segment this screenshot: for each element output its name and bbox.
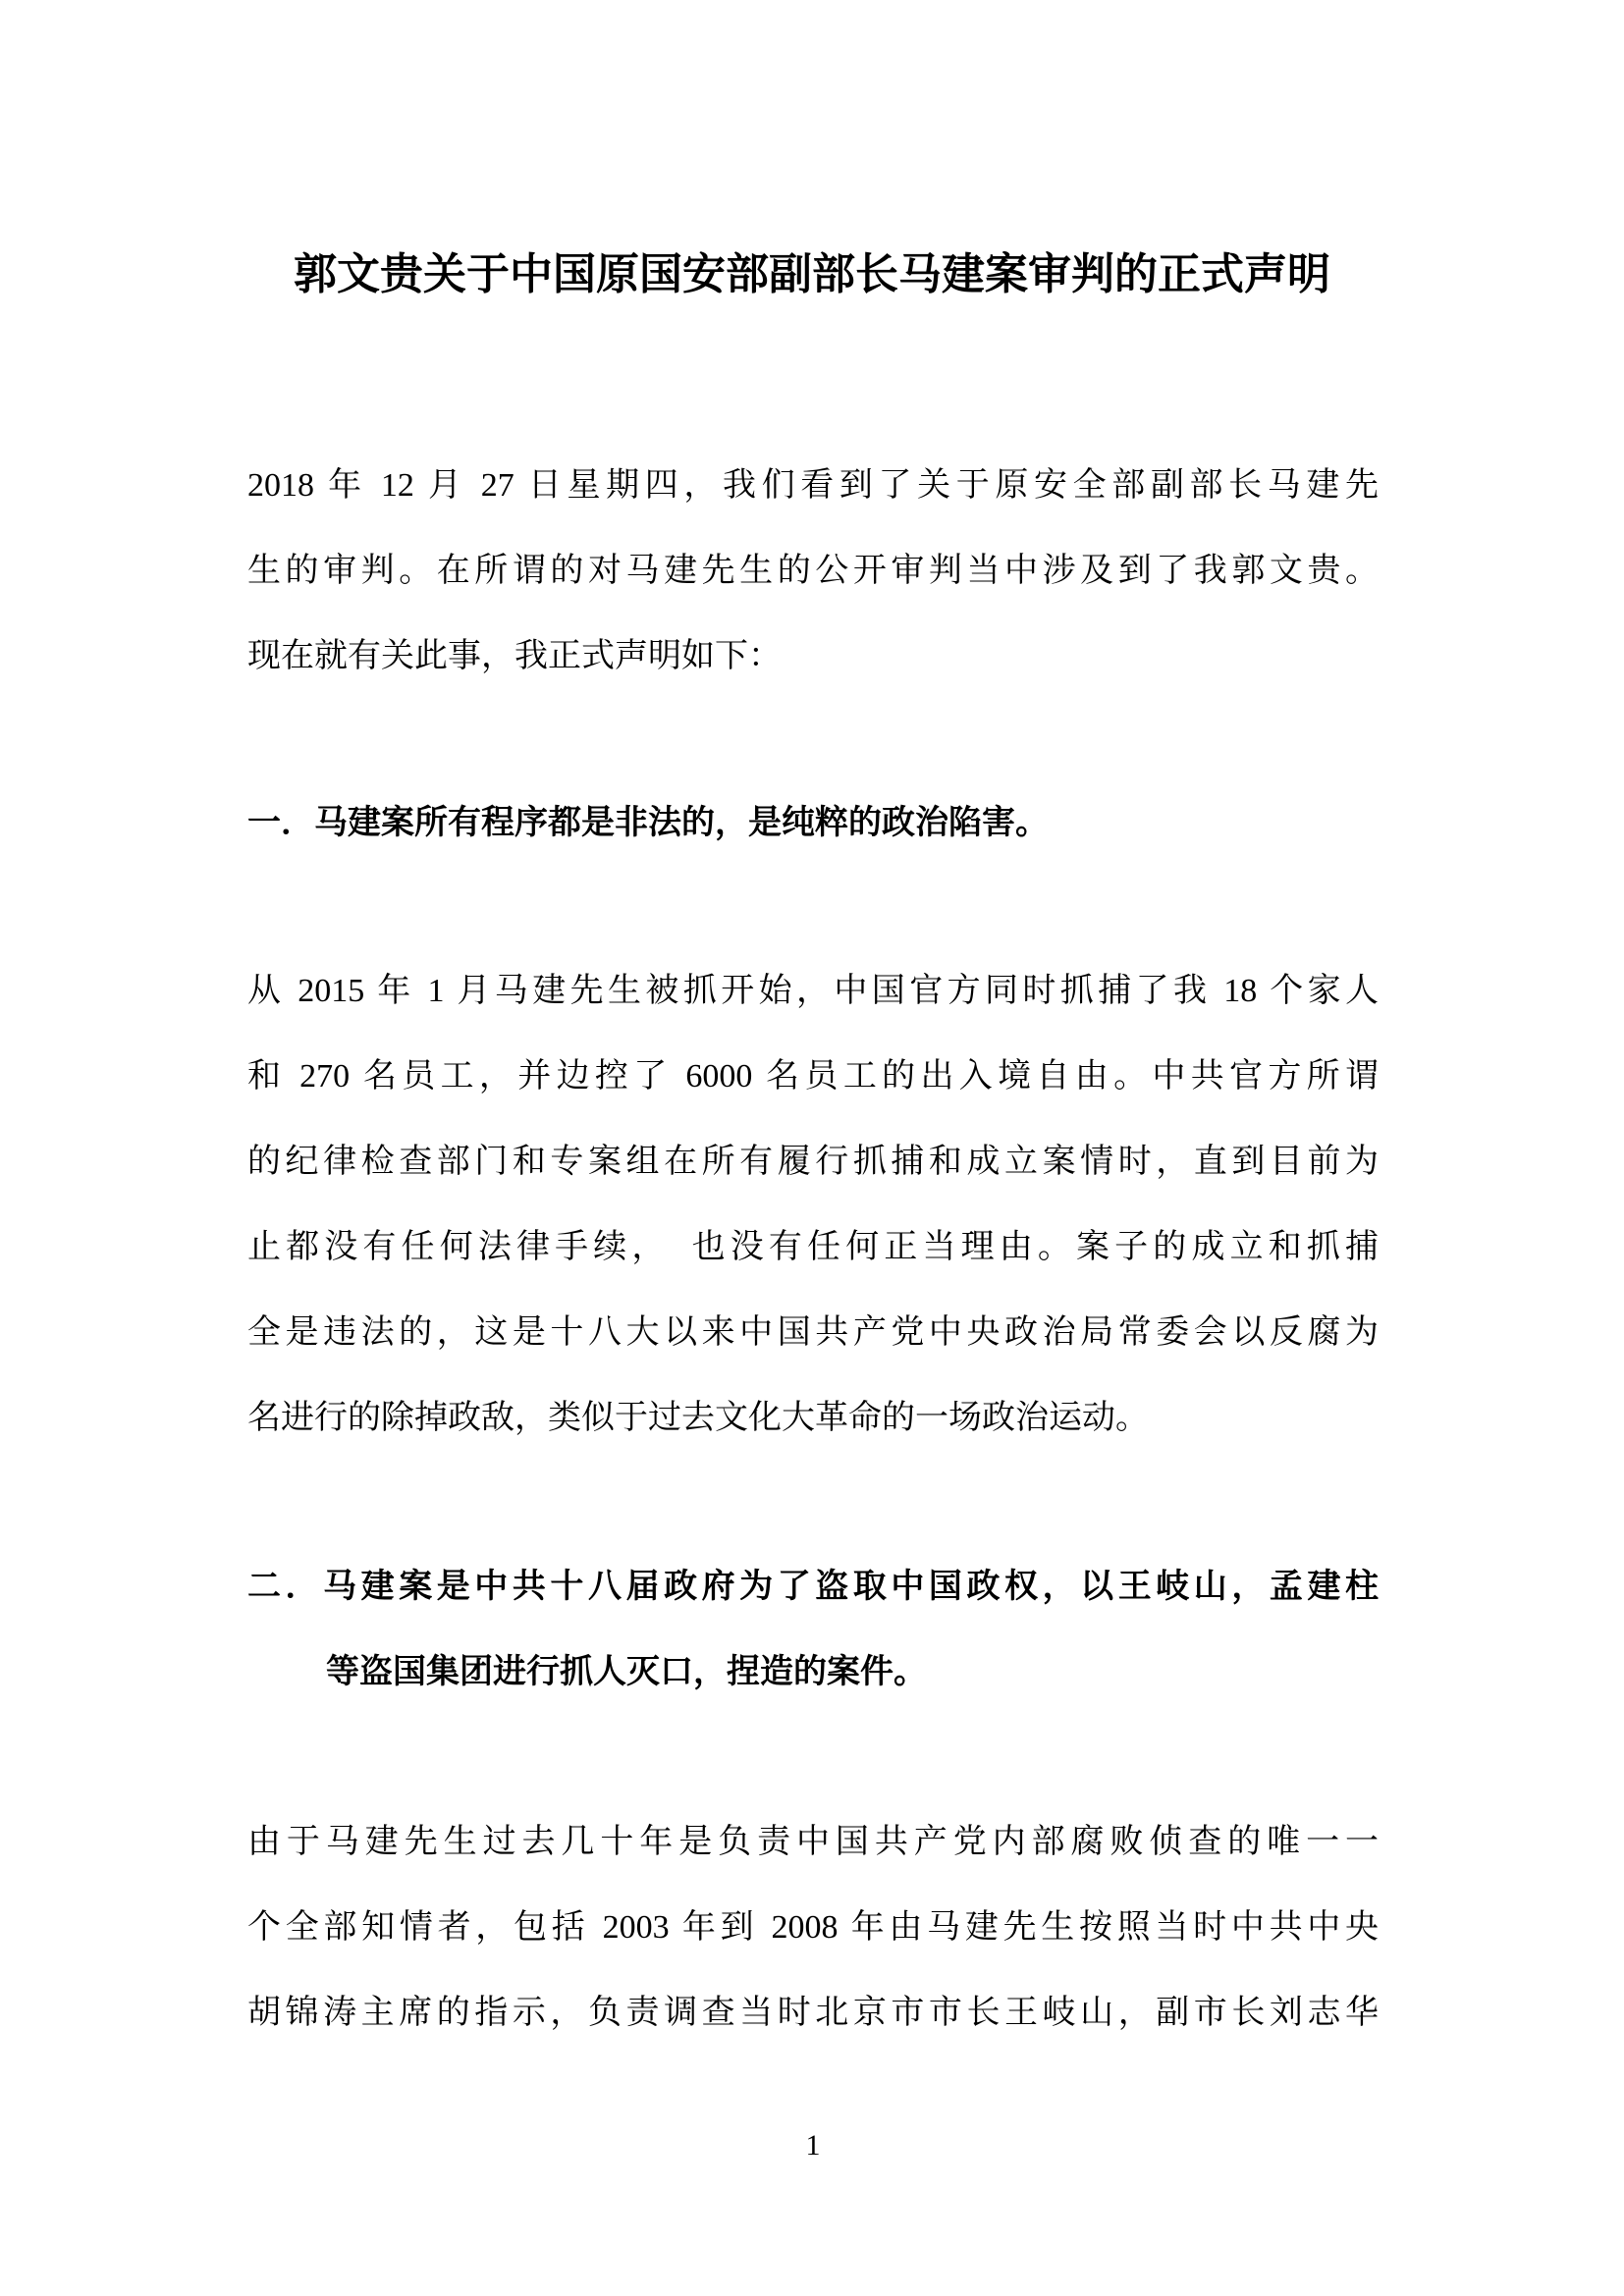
section-1-heading: 一．马建案所有程序都是非法的，是纯粹的政治陷害。 <box>247 780 1379 866</box>
section-2-heading: 二．马建案是中共十八届政府为了盗取中国政权，以王岐山，孟建柱 等盗国集团进行抓人… <box>247 1544 1379 1715</box>
text-line: 由于马建先生过去几十年是负责中国共产党内部腐败侦查的唯一一 <box>247 1799 1379 1885</box>
text-line: 名进行的除掉政敌，类似于过去文化大革命的一场政治运动。 <box>247 1375 1379 1461</box>
text-line: 和 270 名员工，并边控了 6000 名员工的出入境自由。中共官方所谓 <box>247 1034 1379 1119</box>
heading-line: 二．马建案是中共十八届政府为了盗取中国政权，以王岐山，孟建柱 <box>247 1544 1379 1629</box>
text-line: 生的审判。在所谓的对马建先生的公开审判当中涉及到了我郭文贵。 <box>247 528 1379 614</box>
text-line: 2018 年 12 月 27 日星期四，我们看到了关于原安全部副部长马建先 <box>247 443 1379 528</box>
text-line: 全是违法的，这是十八大以来中国共产党中央政治局常委会以反腐为 <box>247 1290 1379 1375</box>
page-number: 1 <box>247 2128 1379 2163</box>
text-line: 现在就有关此事，我正式声明如下： <box>247 614 1379 699</box>
text-line: 个全部知情者，包括 2003 年到 2008 年由马建先生按照当时中共中央 <box>247 1885 1379 1970</box>
text-line: 的纪律检查部门和专案组在所有履行抓捕和成立案情时，直到目前为 <box>247 1119 1379 1204</box>
text-line: 止都没有任何法律手续， 也没有任何正当理由。案子的成立和抓捕 <box>247 1204 1379 1290</box>
heading-line: 一．马建案所有程序都是非法的，是纯粹的政治陷害。 <box>247 780 1379 866</box>
heading-line: 等盗国集团进行抓人灭口，捏造的案件。 <box>247 1629 1379 1715</box>
section-2-paragraph: 由于马建先生过去几十年是负责中国共产党内部腐败侦查的唯一一 个全部知情者，包括 … <box>247 1799 1379 2056</box>
text-line: 从 2015 年 1 月马建先生被抓开始，中国官方同时抓捕了我 18 个家人 <box>247 948 1379 1034</box>
section-1-paragraph: 从 2015 年 1 月马建先生被抓开始，中国官方同时抓捕了我 18 个家人 和… <box>247 948 1379 1461</box>
document-page: 郭文贵关于中国原国安部副部长马建案审判的正式声明 2018 年 12 月 27 … <box>0 0 1624 2296</box>
intro-paragraph: 2018 年 12 月 27 日星期四，我们看到了关于原安全部副部长马建先 生的… <box>247 443 1379 699</box>
page-title: 郭文贵关于中国原国安部副部长马建案审判的正式声明 <box>0 243 1624 306</box>
text-line: 胡锦涛主席的指示，负责调查当时北京市市长王岐山，副市长刘志华 <box>247 1970 1379 2056</box>
